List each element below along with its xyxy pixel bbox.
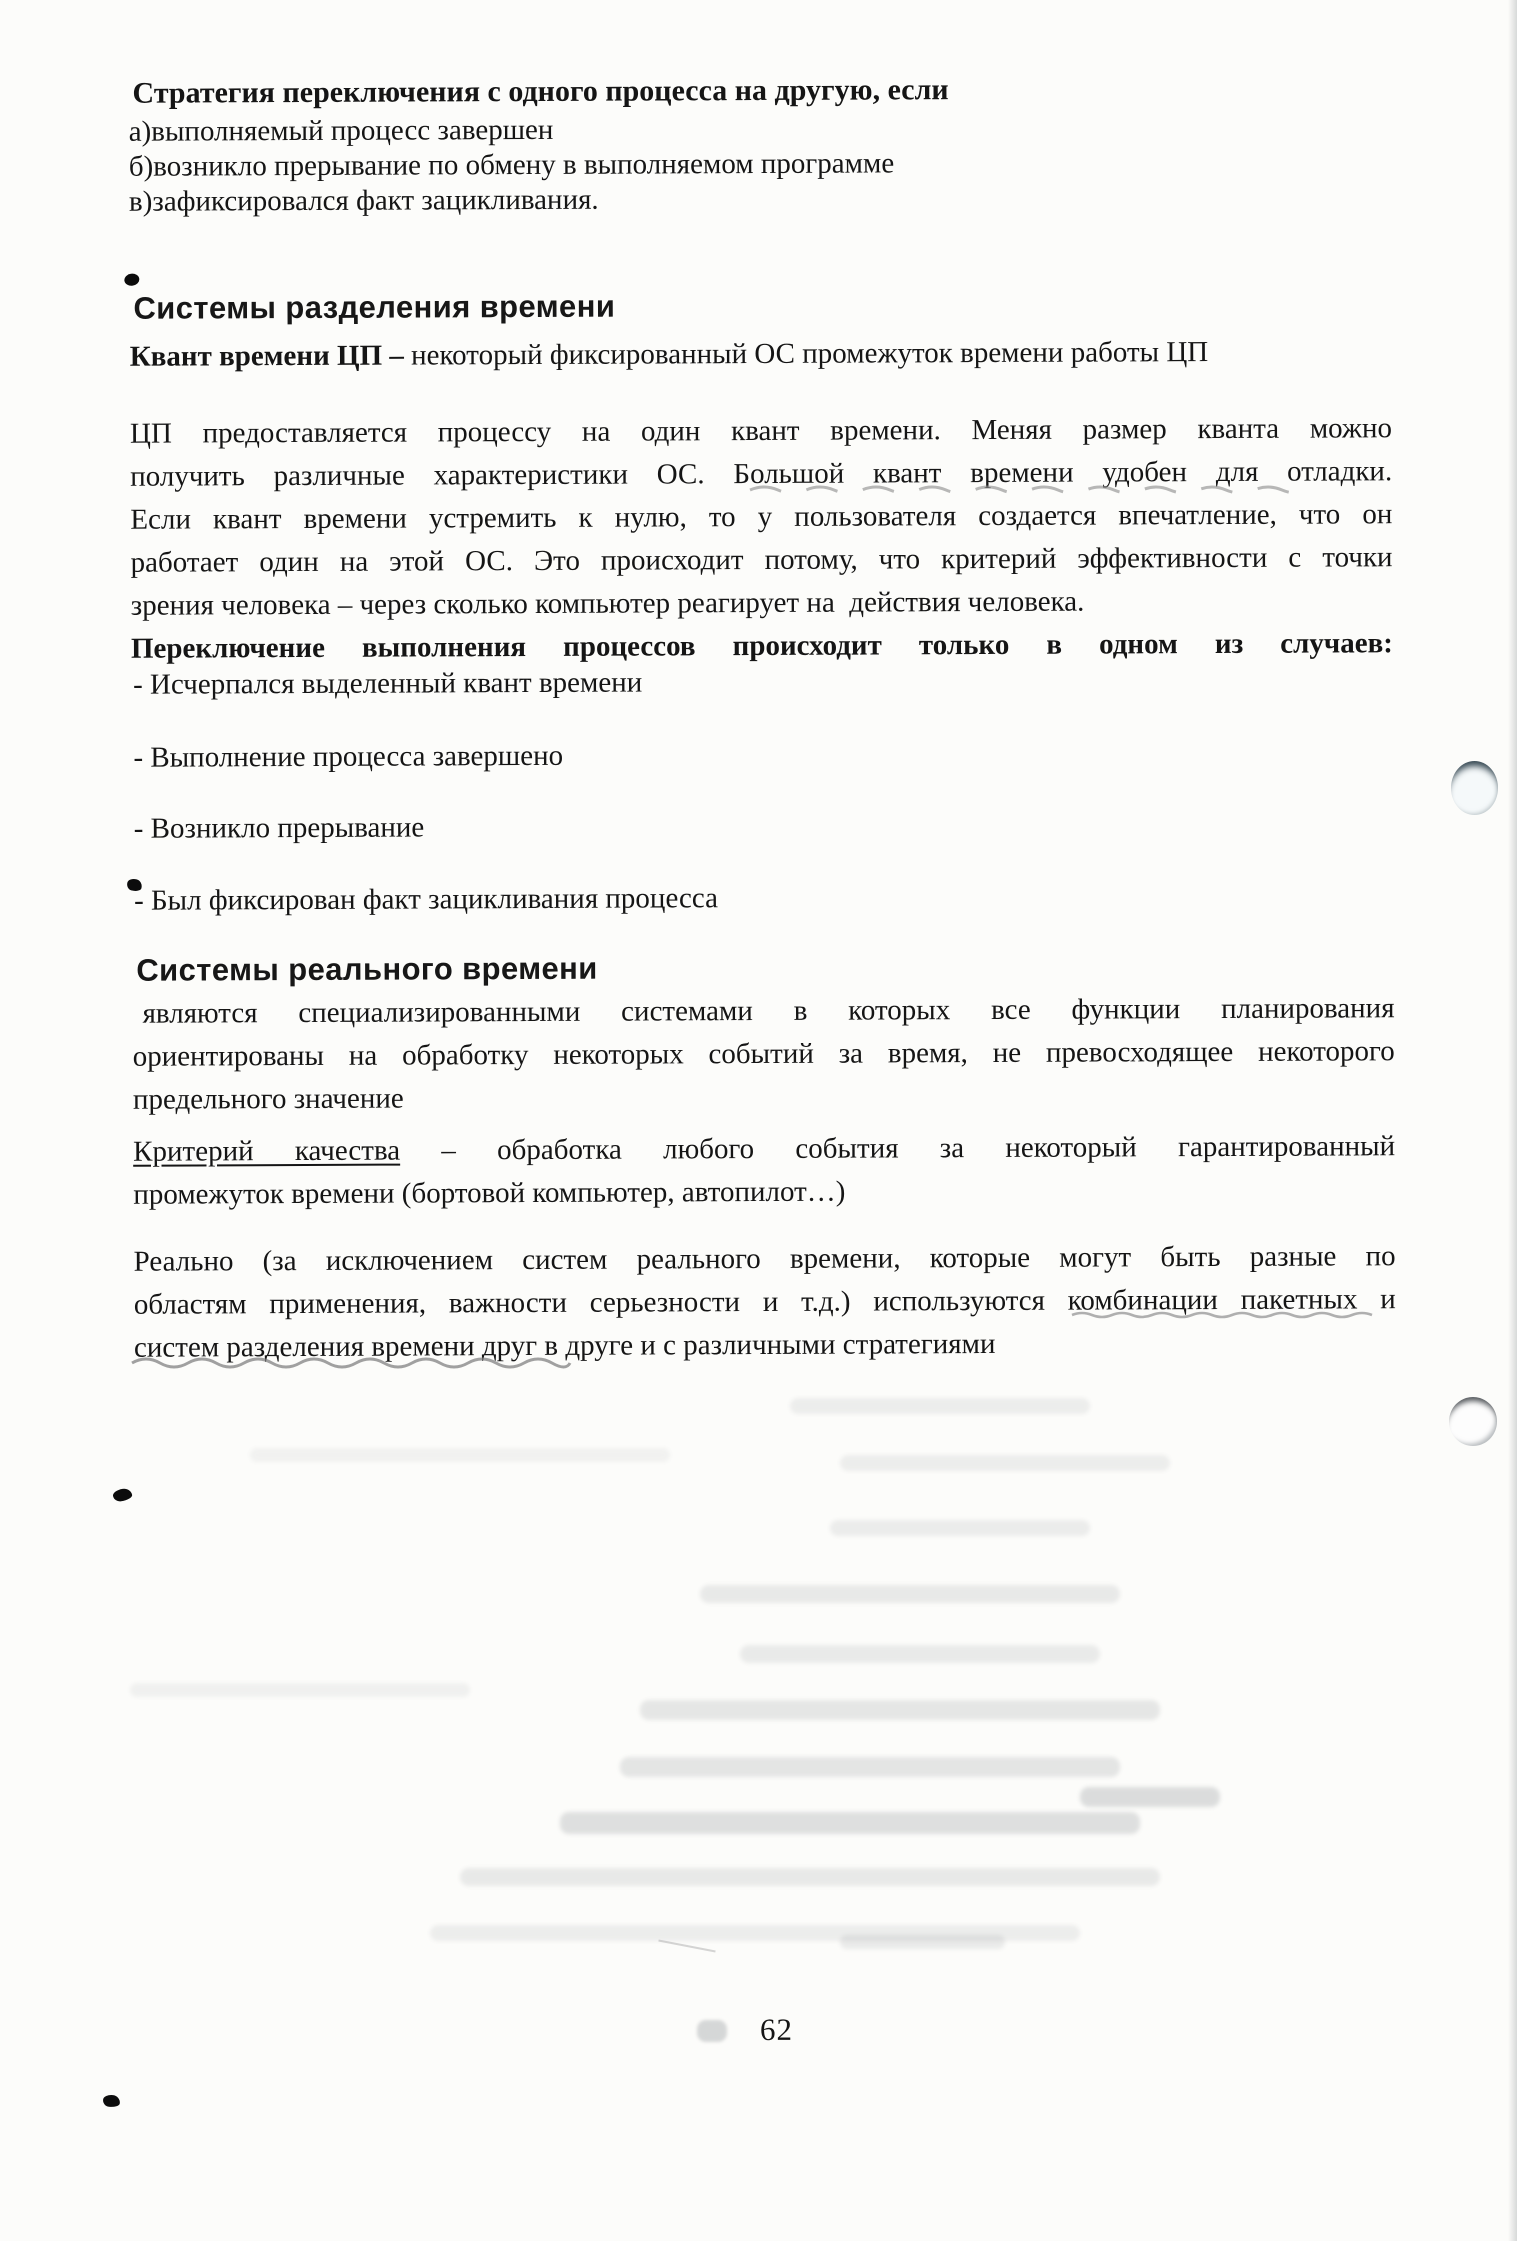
pencil-wavy-underline bbox=[130, 1352, 575, 1372]
quantum-definition-text: некоторый фиксированный ОС промежуток вр… bbox=[404, 336, 1208, 372]
rt-line: предельного значение bbox=[133, 1078, 1395, 1117]
section-heading-real-time: Системы реального времени bbox=[136, 951, 598, 989]
criterion-text: – обработка любого события за некоторый … bbox=[400, 1130, 1395, 1166]
really-line: Реально (за исключением систем реального… bbox=[134, 1240, 1396, 1279]
rt-line: являются специализированными системами в… bbox=[132, 992, 1394, 1031]
intro-item-a: а)выполняемый процесс завершен bbox=[129, 110, 1429, 149]
intro-item-b: б)возникло прерывание по обмену в выполн… bbox=[129, 145, 1429, 184]
criterion-line: Критерий качества – обработка любого соб… bbox=[133, 1130, 1395, 1169]
bleedthrough-smudge bbox=[1080, 1787, 1220, 1807]
quantum-definition: Квант времени ЦП – некоторый фиксированн… bbox=[130, 335, 1392, 374]
bleedthrough-smudge bbox=[250, 1448, 670, 1462]
bleedthrough-smudge bbox=[840, 1935, 1005, 1949]
case-item: - Был фиксирован факт зацикливания проце… bbox=[134, 879, 1334, 917]
intro-title: Стратегия переключения с одного процесса… bbox=[132, 71, 1432, 111]
body-line: зрения человека – через сколько компьюте… bbox=[131, 584, 1393, 623]
body-line: работает один на этой ОС. Это происходит… bbox=[130, 541, 1392, 580]
section-heading-time-sharing: Системы разделения времени bbox=[133, 289, 615, 327]
scanned-document-page: Стратегия переключения с одного процесса… bbox=[0, 0, 1517, 2241]
bleedthrough-smudge bbox=[740, 1645, 1100, 1663]
page-number: 62 bbox=[760, 2012, 793, 2048]
rt-line: ориентированы на обработку некоторых соб… bbox=[133, 1035, 1395, 1074]
pencil-wavy-underline bbox=[748, 481, 1328, 497]
pencil-smudge bbox=[697, 2020, 727, 2042]
bleedthrough-smudge bbox=[460, 1868, 1160, 1886]
case-item: - Выполнение процесса завершено bbox=[133, 736, 1333, 774]
bleedthrough-smudge bbox=[560, 1812, 1140, 1834]
intro-item-v: в)зафиксировался факт зацикливания. bbox=[129, 180, 1429, 219]
criterion-term: Критерий качества bbox=[133, 1135, 400, 1168]
bleedthrough-smudge bbox=[640, 1700, 1160, 1720]
bleedthrough-smudge bbox=[840, 1455, 1170, 1471]
bleedthrough-smudge bbox=[830, 1520, 1090, 1536]
bleedthrough-smudge bbox=[130, 1683, 470, 1697]
bleedthrough-smudge bbox=[700, 1585, 1120, 1603]
body-line: ЦП предоставляется процессу на один кван… bbox=[130, 412, 1392, 451]
hole-crescent bbox=[1451, 761, 1498, 815]
bleedthrough-smudge bbox=[790, 1398, 1090, 1414]
case-item: - Исчерпался выделенный квант времени bbox=[133, 663, 1333, 701]
quantum-term: Квант времени ЦП – bbox=[130, 340, 404, 373]
switch-cases-lead-line: Переключение выполнения процессов происх… bbox=[131, 627, 1393, 666]
body-line: Если квант времени устремить к нулю, то … bbox=[130, 498, 1392, 537]
hole-crescent bbox=[1449, 1397, 1497, 1446]
page-content: Стратегия переключения с одного процесса… bbox=[0, 0, 1517, 2241]
bleedthrough-smudge bbox=[620, 1757, 1120, 1777]
criterion-line: промежуток времени (бортовой компьютер, … bbox=[133, 1173, 1395, 1212]
ink-bullet-dot bbox=[124, 273, 141, 287]
pencil-wavy-underline bbox=[1070, 1308, 1380, 1322]
case-item: - Возникло прерывание bbox=[134, 807, 1334, 845]
scan-edge-shadow bbox=[1508, 0, 1517, 2241]
